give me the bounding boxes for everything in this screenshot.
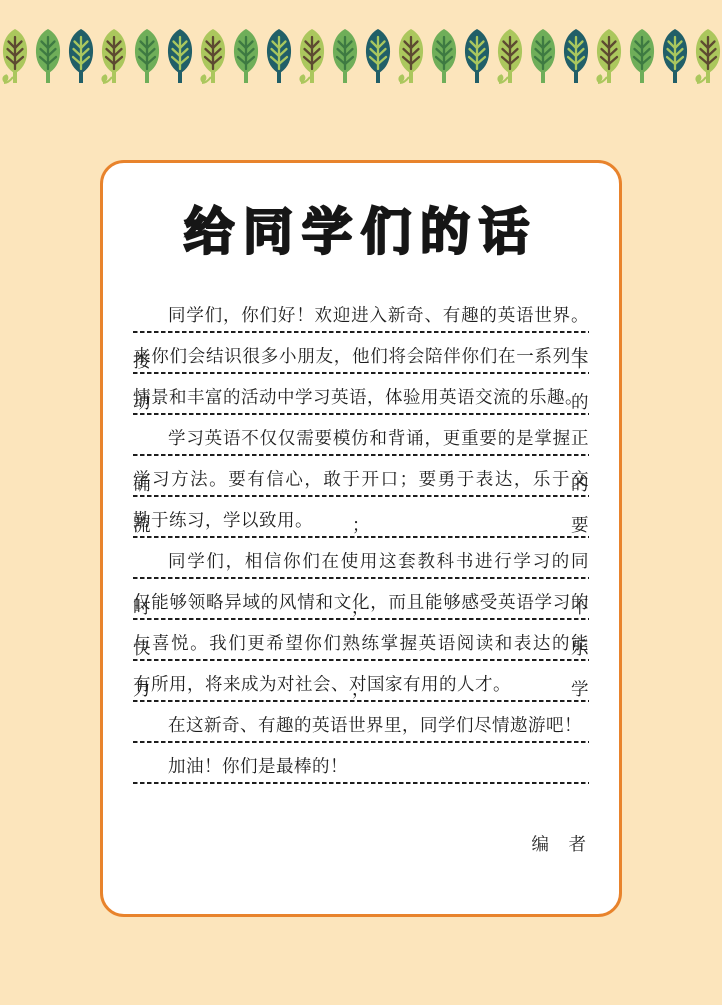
body-line: 仅能够领略异域的风情和文化，而且能够感受英语学习的快乐 xyxy=(133,579,589,620)
leaf-icon xyxy=(297,28,327,86)
leaf-icon xyxy=(330,28,360,86)
leaf-icon xyxy=(594,28,624,86)
body-line: 与喜悦。我们更希望你们熟练掌握英语阅读和表达的能力，学 xyxy=(133,620,589,661)
body-line: 在这新奇、有趣的英语世界里，同学们尽情遨游吧！ xyxy=(133,702,589,743)
leaf-icon xyxy=(165,28,195,86)
leaf-icon xyxy=(528,28,558,86)
body-text: 同学们，你们好！欢迎进入新奇、有趣的英语世界。接下 来你们会结识很多小朋友，他们… xyxy=(133,292,589,784)
body-line: 情景和丰富的活动中学习英语，体验用英语交流的乐趣。 xyxy=(133,374,589,415)
leaf-icon xyxy=(33,28,63,86)
page-title: 给同学们的话 xyxy=(103,199,619,265)
content-card: 给同学们的话 同学们，你们好！欢迎进入新奇、有趣的英语世界。接下 来你们会结识很… xyxy=(100,160,622,917)
leaf-icon xyxy=(561,28,591,86)
leaf-icon xyxy=(429,28,459,86)
editor-signature: 编 者 xyxy=(103,831,587,856)
body-line: 同学们，你们好！欢迎进入新奇、有趣的英语世界。接下 xyxy=(133,292,589,333)
leaf-icon xyxy=(462,28,492,86)
leaf-icon xyxy=(66,28,96,86)
leaf-icon xyxy=(693,28,722,86)
body-line: 加油！你们是最棒的！ xyxy=(133,743,589,784)
body-line: 同学们，相信你们在使用这套教科书进行学习的同时，不 xyxy=(133,538,589,579)
leaf-icon xyxy=(363,28,393,86)
leaf-icon xyxy=(495,28,525,86)
leaf-icon xyxy=(396,28,426,86)
leaf-icon xyxy=(132,28,162,86)
body-line: 来你们会结识很多小朋友，他们将会陪伴你们在一系列生动的 xyxy=(133,333,589,374)
leaf-icon xyxy=(660,28,690,86)
page-background: 给同学们的话 同学们，你们好！欢迎进入新奇、有趣的英语世界。接下 来你们会结识很… xyxy=(0,0,722,1005)
body-line: 学习英语不仅仅需要模仿和背诵，更重要的是掌握正确的 xyxy=(133,415,589,456)
leaf-icon xyxy=(99,28,129,86)
body-line: 学习方法。要有信心，敢于开口；要勇于表达，乐于交流；要 xyxy=(133,456,589,497)
leaf-icon xyxy=(264,28,294,86)
leaf-row xyxy=(0,28,722,86)
leaf-icon xyxy=(198,28,228,86)
leaf-icon xyxy=(627,28,657,86)
leaf-icon xyxy=(0,28,30,86)
leaf-icon xyxy=(231,28,261,86)
